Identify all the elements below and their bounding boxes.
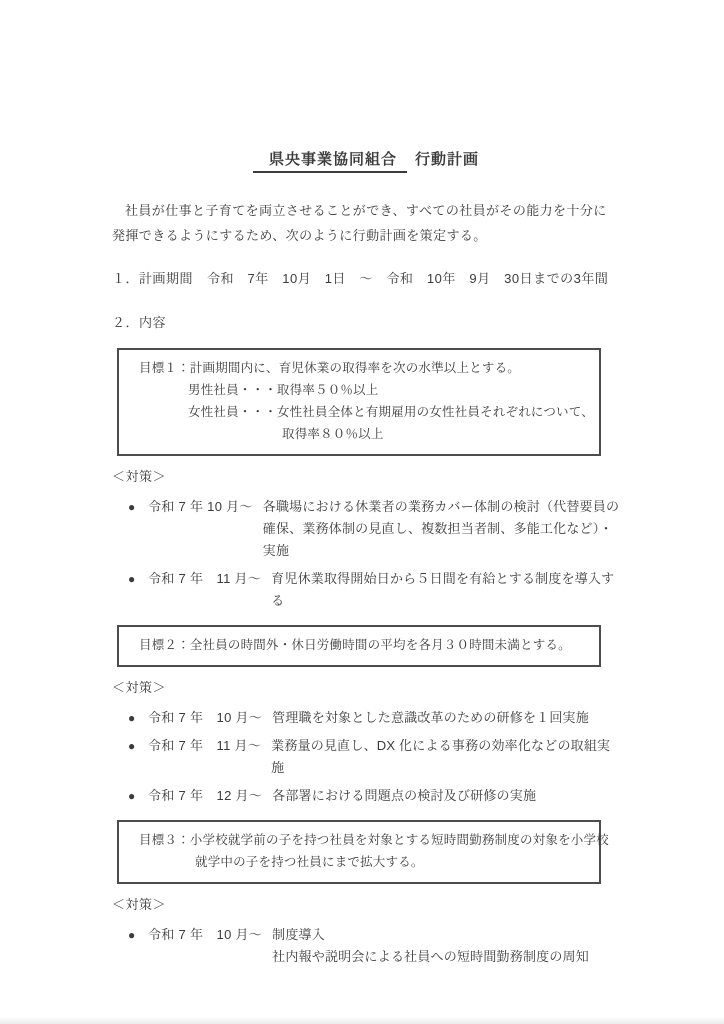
measure-description: 業務量の見直し、DX 化による事務の効率化などの取組実施 xyxy=(271,735,620,779)
organization-name: 県央事業協同組合 xyxy=(253,151,407,173)
goal1-line2: 男性社員・・・取得率５０％以上 xyxy=(139,379,589,401)
measure-description: 管理職を対象とした意識改革のための研修を１回実施 xyxy=(272,707,620,729)
goal1-box: 目標１：計画期間内に、育児休業の取得率を次の水準以上とする。 男性社員・・・取得… xyxy=(117,348,601,456)
goal2-measures: ● 令和 7 年 10 月～ 管理職を対象とした意識改革のための研修を１回実施 … xyxy=(112,707,620,807)
scan-edge-shadow xyxy=(0,1017,724,1024)
goal2-box: 目標２：全社員の時間外・休日労働時間の平均を各月３０時間未満とする。 xyxy=(117,625,601,667)
plan-period-label: １．計画期間 xyxy=(112,271,193,286)
measure-description: 各職場における休業者の業務カバー体制の検討（代替要員の確保、業務体制の見直し、複… xyxy=(263,496,620,562)
goal3-box: 目標３：小学校就学前の子を持つ社員を対象とする短時間勤務制度の対象を小学校 就学… xyxy=(117,820,601,884)
goal2-line1: 目標２：全社員の時間外・休日労働時間の平均を各月３０時間未満とする。 xyxy=(139,634,589,656)
measure-row: ● 令和 7 年 10 月～ 制度導入 社内報や説明会による社員への短時間勤務制… xyxy=(112,924,620,968)
bullet-icon: ● xyxy=(128,924,148,946)
bullet-icon: ● xyxy=(128,785,148,807)
goal3-measures: ● 令和 7 年 10 月～ 制度導入 社内報や説明会による社員への短時間勤務制… xyxy=(112,924,620,968)
measure-row: ● 令和 7 年 10 月～ 管理職を対象とした意識改革のための研修を１回実施 xyxy=(112,707,620,729)
document-title: 県央事業協同組合行動計画 xyxy=(112,150,620,170)
measure-row: ● 令和 7 年 11 月～ 育児休業取得開始日から５日間を有給とする制度を導入… xyxy=(112,568,620,612)
goal3-line2: 就学中の子を持つ社員にまで拡大する。 xyxy=(139,851,589,873)
goal1-measures: ● 令和 7 年 10 月～ 各職場における休業者の業務カバー体制の検討（代替要… xyxy=(112,496,620,612)
intro-paragraph: 社員が仕事と子育てを両立させることができ、すべての社員がその能力を十分に発揮でき… xyxy=(112,198,620,248)
measure-date: 令和 7 年 10 月～ xyxy=(148,707,262,729)
goal3-measures-heading: ＜対策＞ xyxy=(112,895,620,915)
measure-description: 制度導入 社内報や説明会による社員への短時間勤務制度の周知 xyxy=(272,924,620,968)
plan-period-line: １．計画期間令和 7年 10月 1日 ～ 令和 10年 9月 30日までの3年間 xyxy=(112,269,620,289)
title-subject: 行動計画 xyxy=(415,151,479,168)
bullet-icon: ● xyxy=(128,735,148,757)
measure-date: 令和 7 年 11 月～ xyxy=(148,568,261,590)
measure-description: 育児休業取得開始日から５日間を有給とする制度を導入する xyxy=(271,568,620,612)
measure-row: ● 令和 7 年 10 月～ 各職場における休業者の業務カバー体制の検討（代替要… xyxy=(112,496,620,562)
plan-period-value: 令和 7年 10月 1日 ～ 令和 10年 9月 30日までの3年間 xyxy=(207,271,608,286)
bullet-icon: ● xyxy=(128,496,148,518)
goal2-measures-heading: ＜対策＞ xyxy=(112,678,620,698)
bullet-icon: ● xyxy=(128,707,148,729)
goal1-line4: 取得率８０％以上 xyxy=(139,423,589,445)
measure-date: 令和 7 年 10 月～ xyxy=(148,496,253,518)
contents-section-label: ２．内容 xyxy=(112,313,620,333)
bullet-icon: ● xyxy=(128,568,148,590)
goal3-line1: 目標３：小学校就学前の子を持つ社員を対象とする短時間勤務制度の対象を小学校 xyxy=(139,829,589,851)
goal1-line3: 女性社員・・・女性社員全体と有期雇用の女性社員それぞれについて、 xyxy=(139,401,589,423)
document-content: 県央事業協同組合行動計画 社員が仕事と子育てを両立させることができ、すべての社員… xyxy=(0,0,724,968)
scanned-document-page: 県央事業協同組合行動計画 社員が仕事と子育てを両立させることができ、すべての社員… xyxy=(0,0,724,1024)
measure-description: 各部署における問題点の検討及び研修の実施 xyxy=(272,785,620,807)
measure-row: ● 令和 7 年 12 月～ 各部署における問題点の検討及び研修の実施 xyxy=(112,785,620,807)
goal1-line1: 目標１：計画期間内に、育児休業の取得率を次の水準以上とする。 xyxy=(139,357,589,379)
measure-date: 令和 7 年 12 月～ xyxy=(148,785,262,807)
goal1-measures-heading: ＜対策＞ xyxy=(112,467,620,487)
measure-date: 令和 7 年 10 月～ xyxy=(148,924,262,946)
measure-row: ● 令和 7 年 11 月～ 業務量の見直し、DX 化による事務の効率化などの取… xyxy=(112,735,620,779)
measure-date: 令和 7 年 11 月～ xyxy=(148,735,261,757)
